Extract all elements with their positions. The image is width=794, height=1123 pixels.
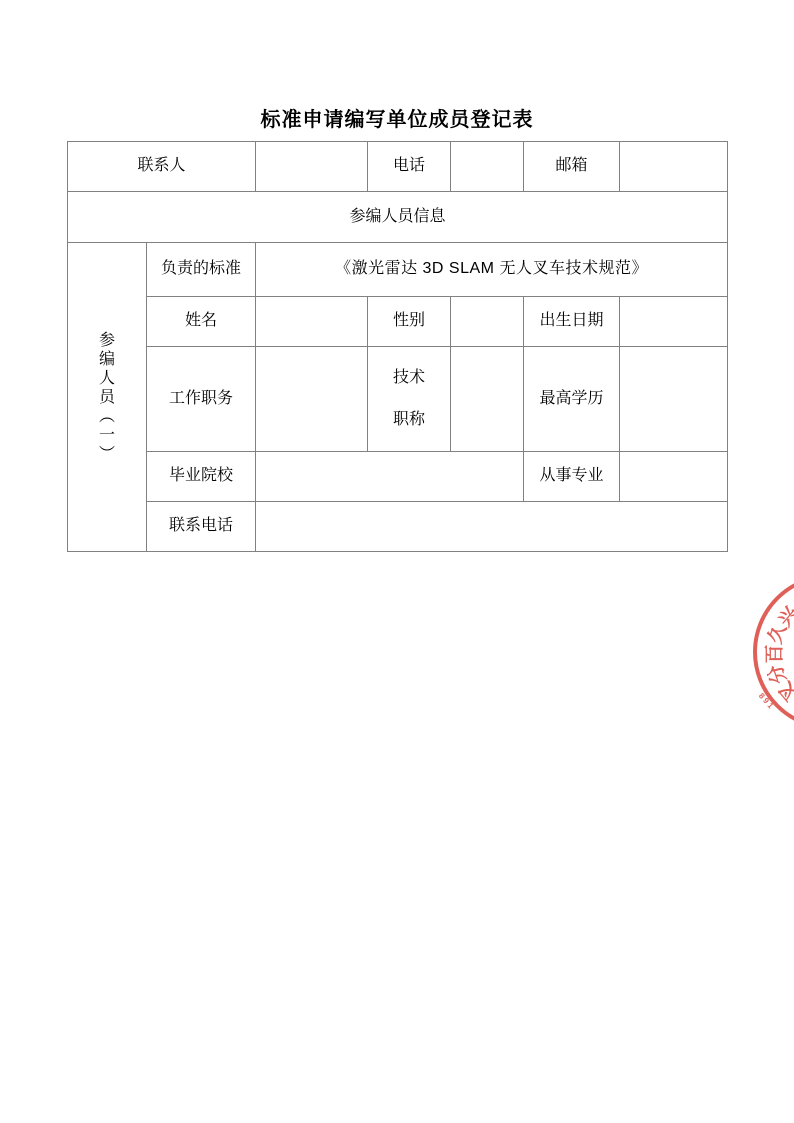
member-phone-label-cell: 联系电话 [147,502,256,552]
contact-value-cell[interactable] [256,142,368,192]
email-label-cell: 邮箱 [524,142,620,192]
gender-value-cell[interactable] [451,297,524,347]
section-header-cell: 参编人员信息 [68,192,728,243]
member-one-sidebar-cell: 参 编 人 员 ︵ 一 ︶ [68,243,147,552]
contact-label-cell: 联系人 [68,142,256,192]
name-row: 姓名 性别 出生日期 [68,297,728,347]
sidebar-char: ︶ [68,445,146,464]
job-title-label-cell: 工作职务 [147,347,256,452]
contact-row: 联系人 电话 邮箱 [68,142,728,192]
job-title-value-cell[interactable] [256,347,368,452]
sidebar-char: ︵ [68,407,146,426]
tech-title-label-line1: 技术 [368,369,450,387]
name-label-cell: 姓名 [147,297,256,347]
member-phone-value-cell[interactable] [256,502,728,552]
tech-title-label-cell: 技术 职称 [368,347,451,452]
gender-label-cell: 性别 [368,297,451,347]
responsible-standard-row: 参 编 人 员 ︵ 一 ︶ 负责的标准 《激光雷达 3D SLAM 无人叉车技术… [68,243,728,297]
sidebar-char: 编 [68,350,146,369]
responsible-standard-label-cell: 负责的标准 [147,243,256,297]
school-value-cell[interactable] [256,452,524,502]
section-header-row: 参编人员信息 [68,192,728,243]
phone-label-cell: 电话 [368,142,451,192]
document-page: 标准申请编写单位成员登记表 联系人 电话 邮箱 参编人员信息 参 编 [0,0,794,1123]
tech-title-value-cell[interactable] [451,347,524,452]
education-label-cell: 最高学历 [524,347,620,452]
job-row: 工作职务 技术 职称 最高学历 [68,347,728,452]
major-label-cell: 从事专业 [524,452,620,502]
member-registration-table: 联系人 电话 邮箱 参编人员信息 参 编 人 员 ︵ 一 ︶ [67,141,728,552]
phone-value-cell[interactable] [451,142,524,192]
school-row: 毕业院校 从事专业 [68,452,728,502]
page-title: 标准申请编写单位成员登记表 [0,103,794,132]
birth-date-label-cell: 出生日期 [524,297,620,347]
sidebar-char: 人 [68,369,146,388]
major-value-cell[interactable] [620,452,728,502]
birth-date-value-cell[interactable] [620,297,728,347]
school-label-cell: 毕业院校 [147,452,256,502]
email-value-cell[interactable] [620,142,728,192]
tech-title-label-line2: 职称 [368,411,450,429]
sidebar-char: 员 [68,388,146,407]
sidebar-char: 一 [68,426,146,445]
education-value-cell[interactable] [620,347,728,452]
seal-character-fragment: 百 [766,644,785,663]
member-phone-row: 联系电话 [68,502,728,552]
sidebar-char: 参 [68,331,146,350]
name-value-cell[interactable] [256,297,368,347]
responsible-standard-value-cell: 《激光雷达 3D SLAM 无人叉车技术规范》 [256,243,728,297]
